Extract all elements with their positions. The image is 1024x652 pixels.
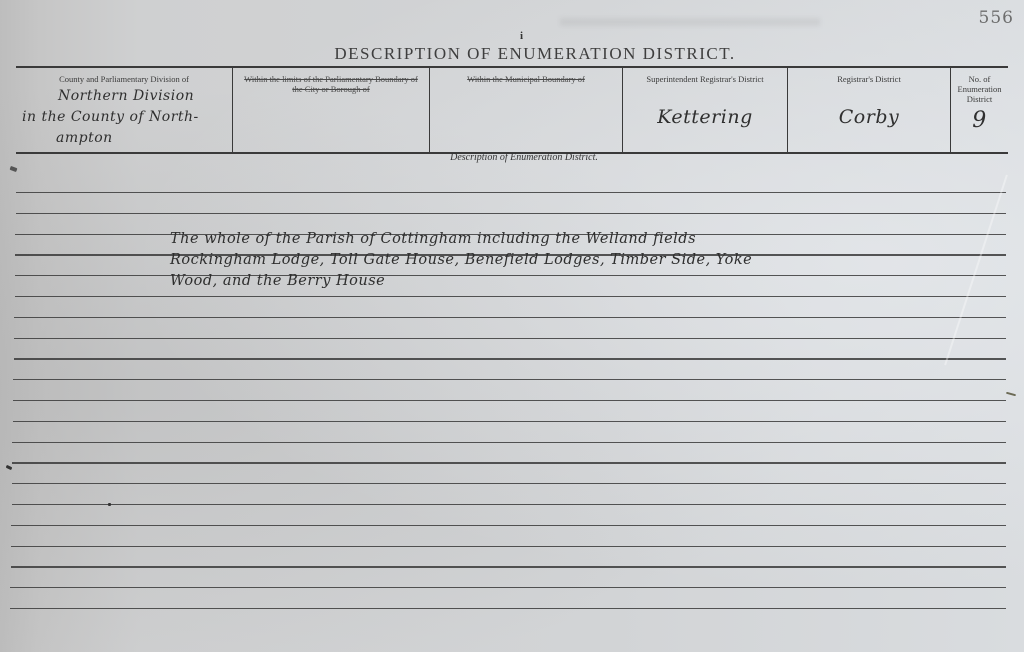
description-line: Wood, and the Berry House bbox=[170, 271, 1000, 292]
ruled-line bbox=[13, 421, 1006, 422]
district-description: The whole of the Parish of Cottingham in… bbox=[170, 229, 1000, 292]
ink-blot bbox=[108, 503, 111, 506]
census-form-page: 556 i DESCRIPTION OF ENUMERATION DISTRIC… bbox=[0, 0, 1024, 652]
ruled-lines-area bbox=[0, 0, 1024, 652]
ruled-line bbox=[12, 442, 1006, 443]
ruled-line bbox=[14, 317, 1006, 318]
ruled-line bbox=[12, 483, 1006, 484]
ruled-line bbox=[10, 608, 1006, 609]
ruled-line bbox=[11, 546, 1006, 547]
ruled-line bbox=[14, 338, 1006, 339]
ruled-line bbox=[15, 296, 1007, 297]
ruled-line bbox=[11, 525, 1006, 526]
ruled-line bbox=[13, 400, 1006, 401]
ruled-line bbox=[12, 462, 1006, 463]
description-line: Rockingham Lodge, Toll Gate House, Benef… bbox=[170, 250, 1000, 271]
description-line: The whole of the Parish of Cottingham in… bbox=[170, 229, 1000, 250]
ruled-line bbox=[16, 192, 1006, 193]
ruled-line bbox=[11, 566, 1006, 567]
ruled-line bbox=[14, 358, 1006, 359]
ruled-line bbox=[13, 379, 1006, 380]
ruled-line bbox=[10, 587, 1006, 588]
ruled-line bbox=[16, 213, 1006, 214]
ruled-line bbox=[12, 504, 1007, 505]
